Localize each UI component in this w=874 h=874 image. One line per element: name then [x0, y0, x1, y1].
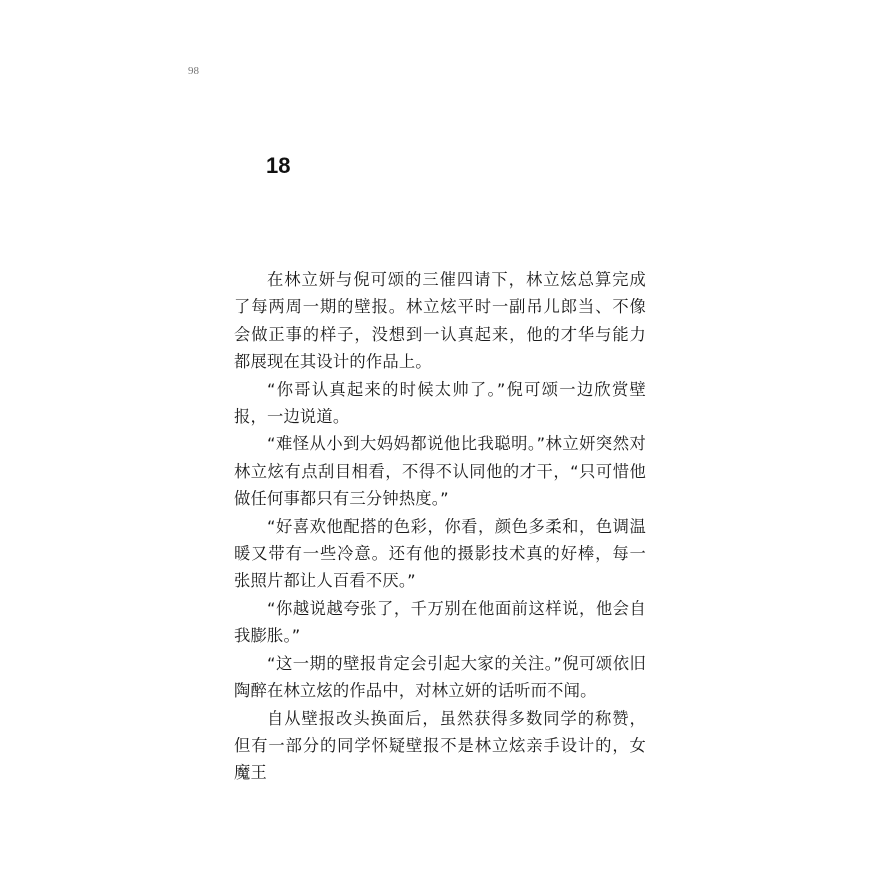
body-text: 在林立妍与倪可颂的三催四请下，林立炫总算完成了每两周一期的壁报。林立炫平时一副吊… [234, 266, 646, 787]
page-number: 98 [188, 65, 199, 77]
paragraph: “这一期的壁报肯定会引起大家的关注。”倪可颂依旧陶醉在林立炫的作品中，对林立妍的… [234, 650, 646, 705]
chapter-number: 18 [266, 153, 290, 179]
paragraph: 自从壁报改头换面后，虽然获得多数同学的称赞，但有一部分的同学怀疑壁报不是林立炫亲… [234, 705, 646, 787]
paragraph: “难怪从小到大妈妈都说他比我聪明。”林立妍突然对林立炫有点刮目相看，不得不认同他… [234, 430, 646, 512]
paragraph: “你越说越夸张了，千万别在他面前这样说，他会自我膨胀。” [234, 595, 646, 650]
paragraph: “好喜欢他配搭的色彩，你看，颜色多柔和，色调温暖又带有一些冷意。还有他的摄影技术… [234, 513, 646, 595]
paragraph: 在林立妍与倪可颂的三催四请下，林立炫总算完成了每两周一期的壁报。林立炫平时一副吊… [234, 266, 646, 376]
paragraph: “你哥认真起来的时候太帅了。”倪可颂一边欣赏壁报，一边说道。 [234, 376, 646, 431]
